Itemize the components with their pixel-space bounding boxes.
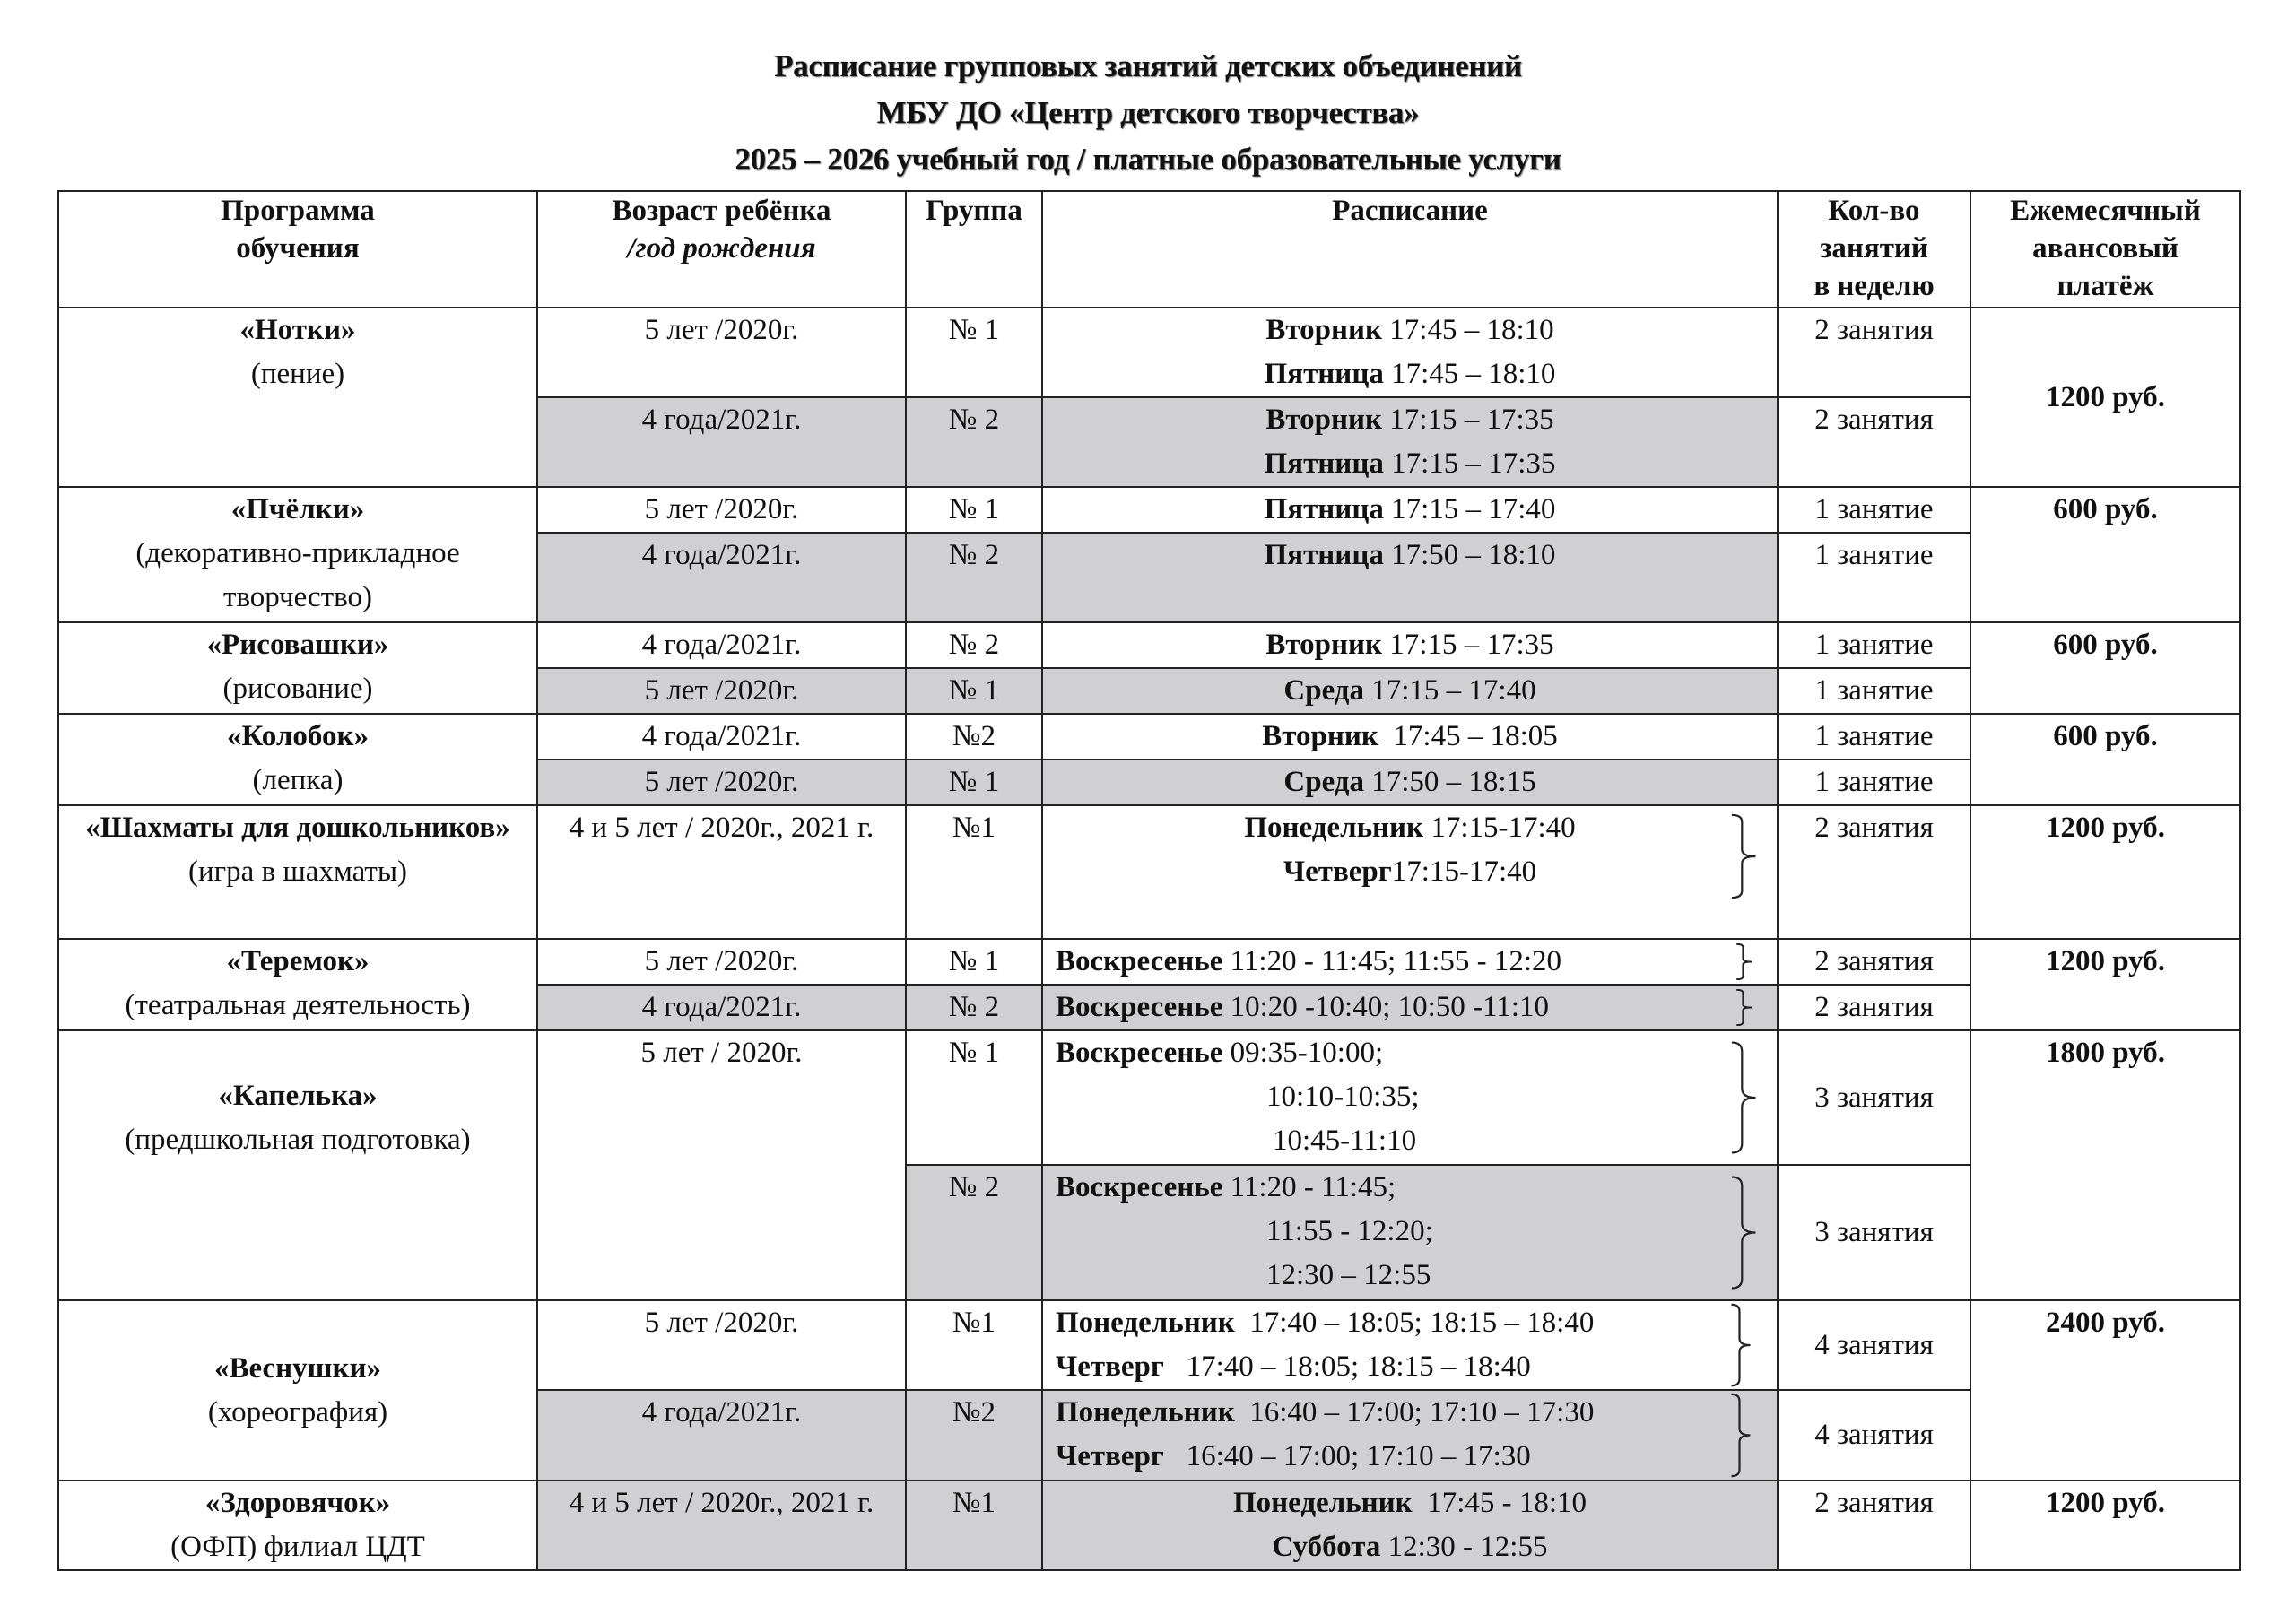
schedule-time: 17:15 – 17:40 [1384, 493, 1556, 525]
header-count-l3: в неделю [1813, 270, 1934, 302]
program-name: «Здоровячок» [65, 1481, 531, 1525]
right-brace-icon [1735, 943, 1757, 980]
age-cell: 5 лет / 2020г. [537, 1030, 906, 1300]
count-cell: 2 занятия [1778, 1481, 1970, 1570]
program-name: «Капелька» [65, 1074, 531, 1118]
title-line-3: 2025 – 2026 учебный год / платные образо… [0, 136, 2296, 183]
schedule-cell: Понедельник 17:40 – 18:05; 18:15 – 18:40… [1042, 1300, 1778, 1390]
schedule-table: Программаобучения Возраст ребёнка/год ро… [57, 190, 2241, 1571]
schedule-time: 11:20 - 11:45; [1222, 1171, 1396, 1203]
age-cell: 4 года/2021г. [537, 622, 906, 668]
program-name: «Колобок» [65, 715, 531, 759]
header-program-l2: обучения [236, 232, 359, 265]
header-row: Программаобучения Возраст ребёнка/год ро… [58, 191, 2240, 308]
count-cell: 2 занятия [1778, 397, 1970, 487]
schedule-time: 12:30 – 12:55 [1056, 1254, 1771, 1298]
program-desc: (театральная деятельность) [65, 984, 531, 1028]
schedule-time: 17:45 – 18:10 [1382, 314, 1554, 346]
price-cell: 600 руб. [1970, 487, 2240, 622]
group-cell: №2 [906, 1390, 1042, 1481]
age-cell: 4 года/2021г. [537, 1390, 906, 1481]
program-desc: (рисование) [65, 667, 531, 711]
price-cell: 1800 руб. [1970, 1030, 2240, 1300]
age-cell: 4 года/2021г. [537, 397, 906, 487]
schedule-cell: Вторник 17:45 – 18:10Пятница 17:45 – 18:… [1042, 308, 1778, 397]
table-row: «Здоровячок»(ОФП) филиал ЦДТ 4 и 5 лет /… [58, 1481, 2240, 1570]
schedule-cell: Понедельник 17:45 - 18:10 Суббота 12:30 … [1042, 1481, 1778, 1570]
program-desc: (пение) [65, 352, 531, 396]
price-cell: 1200 руб. [1970, 939, 2240, 1030]
age-cell: 5 лет /2020г. [537, 668, 906, 714]
schedule-cell: Воскресенье 09:35-10:00; 10:10-10:35; 10… [1042, 1030, 1778, 1165]
age-cell: 5 лет /2020г. [537, 1300, 906, 1390]
schedule-day: Вторник [1265, 629, 1382, 661]
header-payment-l3: платёж [2057, 270, 2154, 302]
document-title: Расписание групповых занятий детских объ… [0, 43, 2296, 183]
group-cell: № 2 [906, 1165, 1042, 1300]
schedule-day: Воскресенье [1056, 1171, 1222, 1203]
schedule-day: Среда [1283, 674, 1364, 707]
program-name: «Нотки» [65, 308, 531, 352]
schedule-time: 17:50 – 18:10 [1384, 539, 1556, 571]
schedule-cell: Среда 17:50 – 18:15 [1042, 760, 1778, 805]
schedule-day: Четверг [1056, 1350, 1164, 1383]
schedule-time: 12:30 - 12:55 [1380, 1531, 1547, 1563]
count-cell: 1 занятие [1778, 760, 1970, 805]
header-payment: Ежемесячныйавансовыйплатёж [1970, 191, 2240, 308]
age-cell: 5 лет /2020г. [537, 308, 906, 397]
schedule-cell: Понедельник 16:40 – 17:00; 17:10 – 17:30… [1042, 1390, 1778, 1481]
schedule-day: Четверг [1056, 1440, 1164, 1472]
schedule-day: Воскресенье [1056, 1037, 1222, 1069]
schedule-cell: Среда 17:15 – 17:40 [1042, 668, 1778, 714]
program-cell: «Здоровячок»(ОФП) филиал ЦДТ [58, 1481, 537, 1570]
age-cell: 4 года/2021г. [537, 985, 906, 1030]
schedule-day: Суббота [1273, 1531, 1381, 1563]
schedule-time: 11:55 - 12:20; [1056, 1210, 1771, 1254]
count-cell: 1 занятие [1778, 714, 1970, 760]
age-cell: 5 лет /2020г. [537, 487, 906, 533]
schedule-day: Вторник [1262, 720, 1378, 752]
price-cell: 2400 руб. [1970, 1300, 2240, 1481]
program-name: «Теремок» [65, 940, 531, 984]
schedule-time: 17:15 – 17:35 [1384, 447, 1556, 480]
schedule-time: 17:15 – 17:35 [1382, 629, 1554, 661]
right-brace-icon [1730, 813, 1764, 899]
table-row: «Пчёлки»(декоративно-прикладное творчест… [58, 487, 2240, 533]
count-cell: 4 занятия [1778, 1390, 1970, 1481]
header-count-l2: занятий [1820, 232, 1928, 265]
header-age-l1: Возраст ребёнка [613, 195, 831, 227]
group-cell: № 2 [906, 622, 1042, 668]
program-cell: «Капелька»(предшкольная подготовка) [58, 1030, 537, 1300]
table-row: «Колобок»(лепка) 4 года/2021г. №2 Вторни… [58, 714, 2240, 760]
schedule-time: 16:40 – 17:00; 17:10 – 17:30 [1235, 1396, 1595, 1429]
schedule-cell: Понедельник 17:15-17:40 Четверг17:15-17:… [1042, 805, 1778, 939]
price-cell: 1200 руб. [1970, 1481, 2240, 1570]
group-cell: № 2 [906, 397, 1042, 487]
program-cell: «Шахматы для дошкольников»(игра в шахмат… [58, 805, 537, 939]
program-name: «Пчёлки» [65, 488, 531, 532]
group-cell: № 1 [906, 760, 1042, 805]
group-cell: № 1 [906, 668, 1042, 714]
header-payment-l2: авансовый [2032, 232, 2179, 265]
schedule-time: 17:40 – 18:05; 18:15 – 18:40 [1164, 1350, 1531, 1383]
group-cell: № 2 [906, 985, 1042, 1030]
schedule-time: 09:35-10:00; [1222, 1037, 1383, 1069]
age-cell: 4 и 5 лет / 2020г., 2021 г. [537, 805, 906, 939]
program-desc: (декоративно-прикладное творчество) [65, 532, 531, 620]
schedule-time: 10:20 -10:40; 10:50 -11:10 [1222, 991, 1549, 1023]
table-row: «Нотки»(пение) 5 лет /2020г. № 1 Вторник… [58, 308, 2240, 397]
schedule-time: 10:10-10:35; [1056, 1075, 1771, 1119]
count-cell: 2 занятия [1778, 985, 1970, 1030]
count-cell: 1 занятие [1778, 487, 1970, 533]
age-cell: 5 лет /2020г. [537, 760, 906, 805]
count-cell: 1 занятие [1778, 668, 1970, 714]
program-cell: «Веснушки»(хореография) [58, 1300, 537, 1481]
right-brace-icon [1730, 1393, 1757, 1478]
program-cell: «Пчёлки»(декоративно-прикладное творчест… [58, 487, 537, 622]
program-cell: «Теремок»(театральная деятельность) [58, 939, 537, 1030]
table-row: «Шахматы для дошкольников»(игра в шахмат… [58, 805, 2240, 939]
program-desc: (хореография) [65, 1391, 531, 1435]
count-cell: 2 занятия [1778, 805, 1970, 939]
schedule-day: Пятница [1265, 358, 1384, 390]
group-cell: № 1 [906, 1030, 1042, 1165]
count-cell: 2 занятия [1778, 939, 1970, 985]
schedule-time: 17:40 – 18:05; 18:15 – 18:40 [1235, 1307, 1595, 1339]
header-program-l1: Программа [221, 195, 375, 227]
program-cell: «Рисовашки»(рисование) [58, 622, 537, 714]
count-cell: 1 занятие [1778, 622, 1970, 668]
schedule-time: 17:45 - 18:10 [1413, 1487, 1587, 1519]
group-cell: №1 [906, 1300, 1042, 1390]
schedule-day: Вторник [1265, 404, 1382, 436]
schedule-day: Воскресенье [1056, 945, 1222, 977]
right-brace-icon [1735, 989, 1757, 1026]
group-cell: №1 [906, 1481, 1042, 1570]
table-row: «Рисовашки»(рисование) 4 года/2021г. № 2… [58, 622, 2240, 668]
group-cell: № 1 [906, 308, 1042, 397]
program-name: «Рисовашки» [65, 623, 531, 667]
group-cell: №1 [906, 805, 1042, 939]
header-payment-l1: Ежемесячный [2010, 195, 2201, 227]
schedule-cell: Вторник 17:15 – 17:35 [1042, 622, 1778, 668]
program-name: «Веснушки» [65, 1347, 531, 1391]
price-cell: 600 руб. [1970, 714, 2240, 805]
age-cell: 4 и 5 лет / 2020г., 2021 г. [537, 1481, 906, 1570]
header-count: Кол-возанятийв неделю [1778, 191, 1970, 308]
schedule-time: 10:45-11:10 [1056, 1119, 1771, 1163]
schedule-time: 11:20 - 11:45; 11:55 - 12:20 [1222, 945, 1561, 977]
header-count-l1: Кол-во [1829, 195, 1920, 227]
group-cell: № 1 [906, 939, 1042, 985]
table-row: «Веснушки»(хореография) 5 лет /2020г. №1… [58, 1300, 2240, 1390]
header-schedule: Расписание [1042, 191, 1778, 308]
schedule-time: 17:45 – 18:10 [1384, 358, 1556, 390]
schedule-cell: Воскресенье 10:20 -10:40; 10:50 -11:10 [1042, 985, 1778, 1030]
age-cell: 5 лет /2020г. [537, 939, 906, 985]
schedule-cell: Вторник 17:15 – 17:35Пятница 17:15 – 17:… [1042, 397, 1778, 487]
schedule-time: 17:15-17:40 [1392, 855, 1536, 888]
title-line-1: Расписание групповых занятий детских объ… [0, 43, 2296, 90]
schedule-day: Пятница [1265, 447, 1384, 480]
schedule-day: Понедельник [1233, 1487, 1413, 1519]
table-row: «Теремок»(театральная деятельность) 5 ле… [58, 939, 2240, 985]
header-age-l2: /год рождения [627, 232, 815, 265]
schedule-day: Среда [1283, 766, 1364, 798]
program-name: «Шахматы для дошкольников» [65, 806, 531, 850]
program-desc: (предшкольная подготовка) [65, 1118, 531, 1162]
header-program: Программаобучения [58, 191, 537, 308]
schedule-cell: Вторник 17:45 – 18:05 [1042, 714, 1778, 760]
schedule-time: 17:15-17:40 [1423, 812, 1576, 844]
age-cell: 4 года/2021г. [537, 533, 906, 622]
price-cell: 1200 руб. [1970, 308, 2240, 487]
schedule-day: Понедельник [1056, 1396, 1235, 1429]
schedule-day: Вторник [1265, 314, 1382, 346]
schedule-time: 17:45 – 18:05 [1378, 720, 1558, 752]
schedule-time: 17:15 – 17:35 [1382, 404, 1554, 436]
schedule-cell: Пятница 17:15 – 17:40 [1042, 487, 1778, 533]
schedule-day: Воскресенье [1056, 991, 1222, 1023]
count-cell: 3 занятия [1778, 1165, 1970, 1300]
schedule-day: Пятница [1265, 493, 1384, 525]
schedule-cell: Воскресенье 11:20 - 11:45; 11:55 - 12:20 [1042, 939, 1778, 985]
group-cell: № 1 [906, 487, 1042, 533]
program-desc: (лепка) [65, 759, 531, 803]
count-cell: 3 занятия [1778, 1030, 1970, 1165]
title-line-2: МБУ ДО «Центр детского творчества» [0, 90, 2296, 136]
price-cell: 600 руб. [1970, 622, 2240, 714]
schedule-time: 17:50 – 18:15 [1364, 766, 1536, 798]
count-cell: 1 занятие [1778, 533, 1970, 622]
schedule-time: 16:40 – 17:00; 17:10 – 17:30 [1164, 1440, 1531, 1472]
schedule-day: Понедельник [1056, 1307, 1235, 1339]
program-cell: «Колобок»(лепка) [58, 714, 537, 805]
age-cell: 4 года/2021г. [537, 714, 906, 760]
header-group: Группа [906, 191, 1042, 308]
header-age: Возраст ребёнка/год рождения [537, 191, 906, 308]
schedule-time: 17:15 – 17:40 [1364, 674, 1536, 707]
count-cell: 4 занятия [1778, 1300, 1970, 1390]
right-brace-icon [1730, 1175, 1764, 1290]
program-cell: «Нотки»(пение) [58, 308, 537, 487]
group-cell: № 2 [906, 533, 1042, 622]
group-cell: №2 [906, 714, 1042, 760]
schedule-cell: Воскресенье 11:20 - 11:45; 11:55 - 12:20… [1042, 1165, 1778, 1300]
right-brace-icon [1730, 1303, 1757, 1387]
table-row: «Капелька»(предшкольная подготовка) 5 ле… [58, 1030, 2240, 1165]
schedule-day: Пятница [1265, 539, 1384, 571]
right-brace-icon [1730, 1040, 1764, 1155]
program-desc: (игра в шахматы) [65, 850, 531, 894]
program-desc: (ОФП) филиал ЦДТ [65, 1525, 531, 1569]
count-cell: 2 занятия [1778, 308, 1970, 397]
schedule-cell: Пятница 17:50 – 18:10 [1042, 533, 1778, 622]
schedule-day: Четверг [1283, 855, 1392, 888]
price-cell: 1200 руб. [1970, 805, 2240, 939]
schedule-day: Понедельник [1244, 812, 1423, 844]
